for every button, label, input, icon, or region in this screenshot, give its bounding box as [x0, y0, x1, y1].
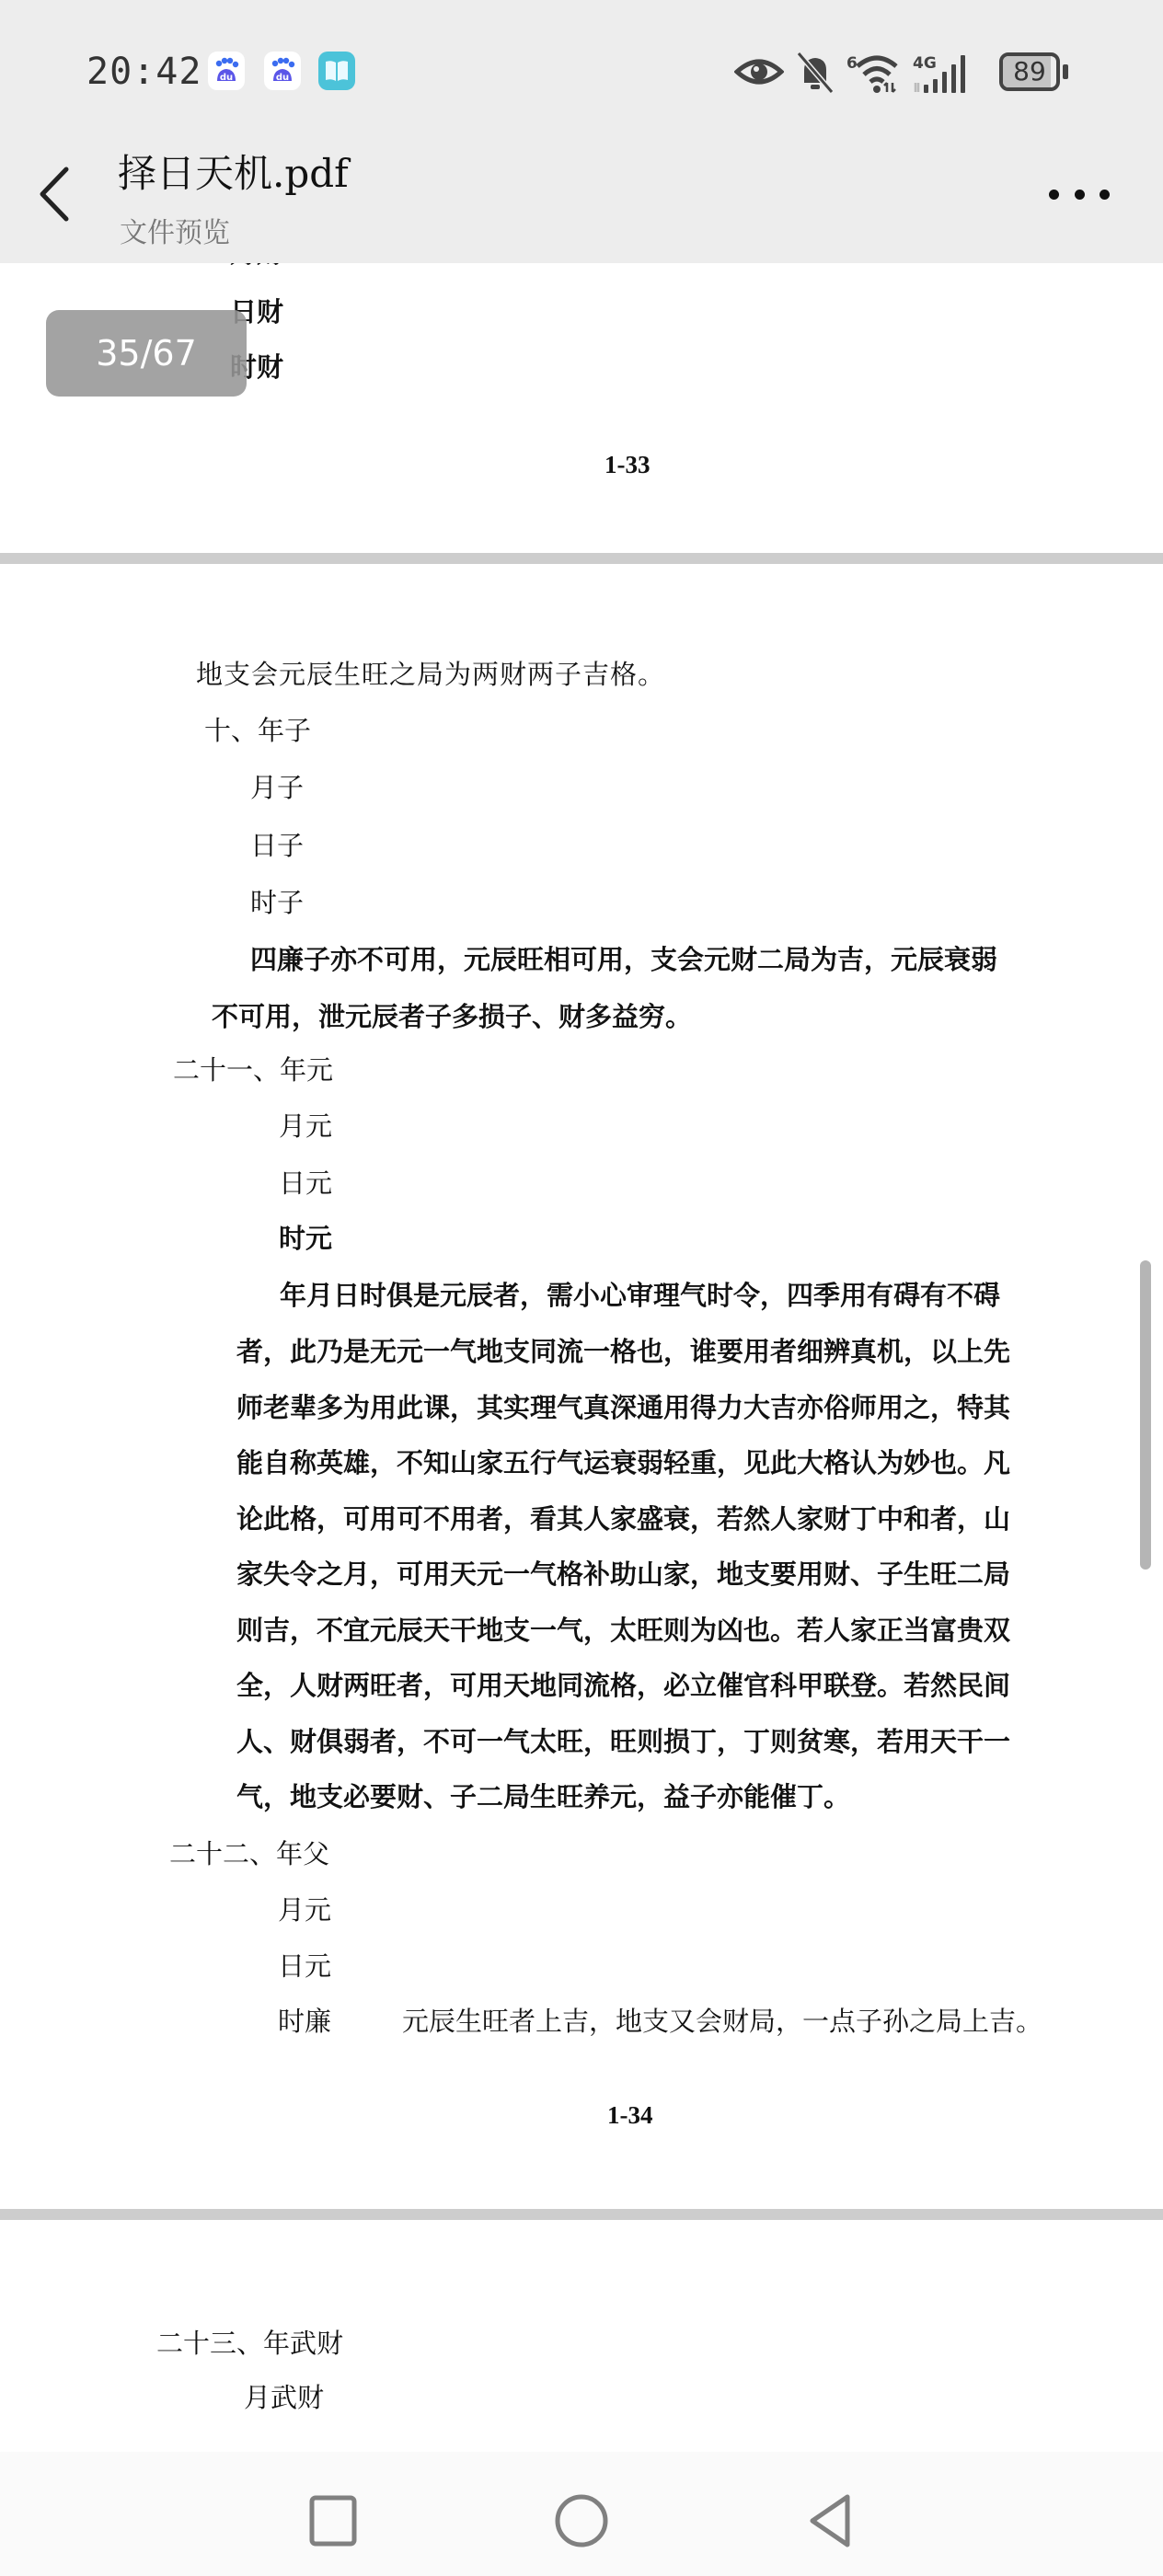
svg-text:du: du [276, 73, 289, 83]
pdf-text-line: 时子 [250, 887, 304, 920]
scrollbar-thumb[interactable] [1140, 1260, 1151, 1570]
pdf-text-line: 全，人财两旺者，可用天地同流格，必立催官科甲联登。若然民间 [236, 1670, 1010, 1703]
pdf-text-line: 人、财俱弱者，不可一气太旺，旺则损丁，丁则贫寒，若用天干一 [236, 1726, 1010, 1759]
svg-text:6: 6 [846, 54, 858, 73]
pdf-text-line: 论此格，可用可不用者，看其人家盛衰，若然人家财丁中和者，山 [236, 1503, 1010, 1536]
status-time: 20:42 [86, 51, 202, 93]
pdf-viewer[interactable]: 月财 日财 时财 1-33 地支会元辰生旺之局为两财两子吉格。 十、年子 月子 … [0, 263, 1163, 2452]
pdf-text-line: 地支会元辰生旺之局为两财两子吉格。 [196, 659, 665, 692]
triangle-back-icon [803, 2493, 855, 2548]
eye-comfort-icon [734, 52, 784, 92]
pdf-text-line: 者，此乃是无元一气地支同流一格也，谁要用者细辨真机，以上先 [236, 1336, 1010, 1369]
baidu-app-icon: du [208, 52, 245, 90]
pdf-text-line: 月元 [279, 1110, 332, 1144]
more-horizontal-icon [1100, 190, 1110, 200]
circle-home-icon [554, 2493, 609, 2548]
reader-app-icon [318, 52, 355, 90]
pdf-text-line: 日元 [278, 1950, 331, 1984]
more-options-button[interactable] [1049, 180, 1110, 208]
muted-bell-icon [795, 52, 835, 92]
more-horizontal-icon [1049, 190, 1059, 200]
page-number: 1-33 [605, 451, 651, 479]
svg-text:4G: 4G [913, 54, 937, 73]
pdf-text-line: 气，地支必要财、子二局生旺养元，益子亦能催丁。 [236, 1781, 850, 1814]
home-button[interactable] [549, 2489, 614, 2553]
pdf-text-line: 则吉，不宜元辰天干地支一气，太旺则为凶也。若人家正当富贵双 [236, 1615, 1010, 1648]
pdf-text-line: 时廉 [278, 2006, 331, 2039]
recents-button[interactable] [301, 2489, 365, 2553]
page-separator [0, 553, 1163, 564]
square-recents-icon [309, 2495, 357, 2547]
page-indicator: 35/67 [46, 310, 247, 397]
top-bar: 20:42 du du [0, 0, 1163, 263]
wifi6-icon: 6 [846, 52, 907, 92]
battery-tip [1063, 64, 1068, 79]
pdf-text-line: 月武财 [244, 2382, 324, 2415]
pdf-text-line: 日子 [250, 830, 304, 863]
page-separator [0, 2209, 1163, 2220]
pdf-text-line: 月元 [278, 1894, 331, 1927]
page-number: 1-34 [607, 2101, 653, 2130]
pdf-text-line: 能自称英雄，不知山家五行气运衰弱轻重，见此大格认为妙也。凡 [236, 1447, 1010, 1480]
system-nav-bar [0, 2452, 1163, 2576]
pdf-text-line: 元辰生旺者上吉，地支又会财局，一点子孙之局上吉。 [402, 2006, 1042, 2039]
pdf-text-line: 师老辈多为用此课，其实理气真深通用得力大吉亦俗师用之，特其 [236, 1392, 1010, 1425]
pdf-text-line: 月子 [250, 772, 304, 805]
4g-signal-icon: 4G [913, 52, 979, 92]
pdf-text-line: 家失令之月，可用天元一气格补助山家，地支要用财、子生旺二局 [236, 1558, 1010, 1592]
pdf-text-line: 四廉子亦不可用，元辰旺相可用，支会元财二局为吉，元辰衰弱 [250, 944, 997, 977]
back-nav-button[interactable] [797, 2489, 861, 2553]
pdf-text-line: 十、年子 [204, 715, 311, 748]
pdf-text-line: 二十三、年武财 [156, 2328, 343, 2361]
pdf-text-line: 年月日时俱是元辰者，需小心审理气时令，四季用有碍有不碍 [280, 1280, 1000, 1313]
pdf-text-line: 时元 [279, 1223, 332, 1256]
chevron-left-icon [33, 162, 77, 226]
back-button[interactable] [33, 162, 77, 226]
battery-indicator: 89 [999, 52, 1060, 91]
pdf-text-line: 二十一、年元 [173, 1054, 333, 1087]
pdf-text-line: 二十二、年父 [169, 1838, 329, 1871]
svg-text:du: du [220, 73, 233, 83]
document-subtitle: 文件预览 [120, 210, 230, 250]
pdf-text-line: 月财 [230, 263, 283, 270]
baidu-app-icon: du [264, 52, 301, 90]
pdf-text-line: 不可用，泄元辰者子多损子、财多益穷。 [212, 1001, 692, 1034]
document-title: 择日天机.pdf [118, 144, 349, 199]
battery-percent: 89 [1003, 56, 1056, 87]
more-horizontal-icon [1075, 190, 1085, 200]
pdf-text-line: 日元 [279, 1167, 332, 1201]
